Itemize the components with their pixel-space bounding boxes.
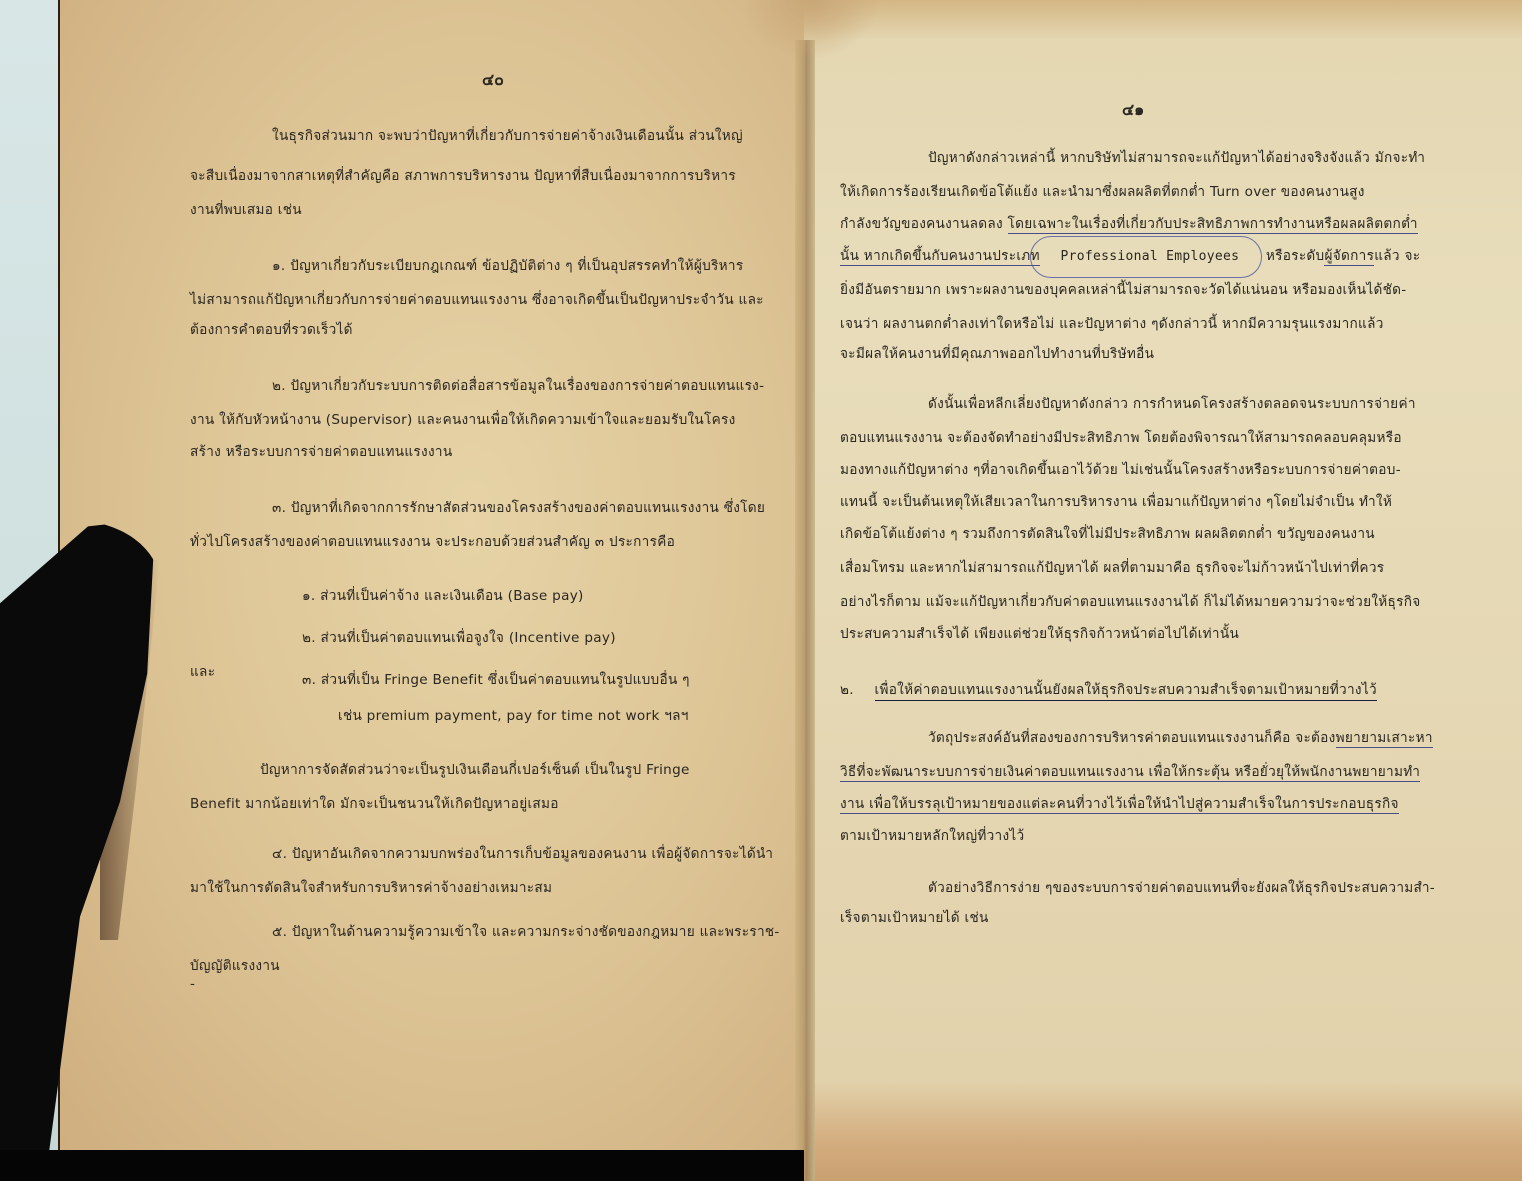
para1-text: หรือระดับ — [1266, 248, 1325, 264]
para1-text: แล้ว จะ — [1374, 248, 1420, 264]
para1-text: กำลังขวัญของคนงานลดลง — [840, 216, 1008, 232]
handwritten-underline: พยายามเสาะหา — [1336, 730, 1433, 748]
para1-line: ยิ่งมีอันตรายมาก เพราะผลงานของบุคคลเหล่า… — [840, 284, 1406, 298]
right-page-text: ๔๑ ปัญหาดังกล่าวเหล่านี้ หากบริษัทไม่สาม… — [0, 0, 1522, 1181]
para3-text: วัตถุประสงค์อันที่สองของการบริหารค่าตอบแ… — [928, 730, 1336, 746]
bottom-background — [0, 1150, 804, 1181]
para4-line: ตัวอย่างวิธีการง่าย ๆของระบบการจ่ายค่าตอ… — [928, 882, 1435, 896]
handwritten-underline: งาน เพื่อให้บรรลุเป้าหมายของแต่ละคนที่วา… — [840, 796, 1399, 814]
heading-number: ๒. — [840, 682, 854, 698]
para3-line: ตามเป้าหมายหลักใหญ่ที่วางไว้ — [840, 830, 1025, 844]
para1-line: กำลังขวัญของคนงานลดลง โดยเฉพาะในเรื่องที… — [840, 218, 1418, 232]
para1-line: เจนว่า ผลงานตกต่ำลงเท่าใดหรือไม่ และปัญห… — [840, 318, 1384, 332]
para2-line: ตอบแทนแรงงาน จะต้องจัดทำอย่างมีประสิทธิภ… — [840, 432, 1402, 446]
para3-line: งาน เพื่อให้บรรลุเป้าหมายของแต่ละคนที่วา… — [840, 798, 1399, 812]
para1-line: นั้น หากเกิดขึ้นกับคนงานประเภท Professio… — [840, 250, 1420, 264]
handwritten-underline: ผู้จัดการ — [1324, 248, 1374, 266]
para2-line: เสื่อมโทรม และหากไม่สามารถแก้ปัญหาได้ ผล… — [840, 562, 1384, 576]
handwritten-underline: โดยเฉพาะในเรื่องที่เกี่ยวกับประสิทธิภาพก… — [1008, 216, 1418, 234]
handwritten-underline: วิธีที่จะพัฒนาระบบการจ่ายเงินค่าตอบแทนแร… — [840, 764, 1420, 782]
para2-line: ดังนั้นเพื่อหลีกเลี่ยงปัญหาดังกล่าว การก… — [928, 398, 1416, 412]
page-number: ๔๑ — [1122, 102, 1144, 118]
para2-line: ประสบความสำเร็จได้ เพียงแต่ช่วยให้ธุรกิจ… — [840, 628, 1239, 642]
para2-line: มองทางแก้ปัญหาต่าง ๆที่อาจเกิดขึ้นเอาไว้… — [840, 464, 1401, 478]
heading-text: เพื่อให้ค่าตอบแทนแรงงานนั้นยังผลให้ธุรกิ… — [875, 682, 1377, 701]
para2-line: เกิดข้อโต้แย้งต่าง ๆ รวมถึงการตัดสินใจที… — [840, 528, 1375, 542]
para3-line: วิธีที่จะพัฒนาระบบการจ่ายเงินค่าตอบแทนแร… — [840, 766, 1420, 780]
para1-line: จะมีผลให้คนงานที่มีคุณภาพออกไปทำงานที่บร… — [840, 348, 1154, 362]
handwritten-underline: นั้น หากเกิดขึ้นกับคนงานประเภท — [840, 248, 1040, 266]
para4-line: เร็จตามเป้าหมายได้ เช่น — [840, 912, 989, 926]
para1-line: ปัญหาดังกล่าวเหล่านี้ หากบริษัทไม่สามารถ… — [928, 152, 1425, 166]
section-heading-2: ๒. เพื่อให้ค่าตอบแทนแรงงานนั้นยังผลให้ธุ… — [840, 684, 1377, 698]
para2-line: อย่างไรก็ตาม แม้จะแก้ปัญหาเกี่ยวกับค่าตอ… — [840, 596, 1421, 610]
para3-line: วัตถุประสงค์อันที่สองของการบริหารค่าตอบแ… — [928, 732, 1433, 746]
para2-line: แทนนี้ จะเป็นต้นเหตุให้เสียเวลาในการบริห… — [840, 496, 1392, 510]
para1-line: ให้เกิดการร้องเรียนเกิดข้อโต้แย้ง และนำม… — [840, 186, 1365, 200]
professional-employees-term: Professional Employees — [1060, 249, 1239, 264]
